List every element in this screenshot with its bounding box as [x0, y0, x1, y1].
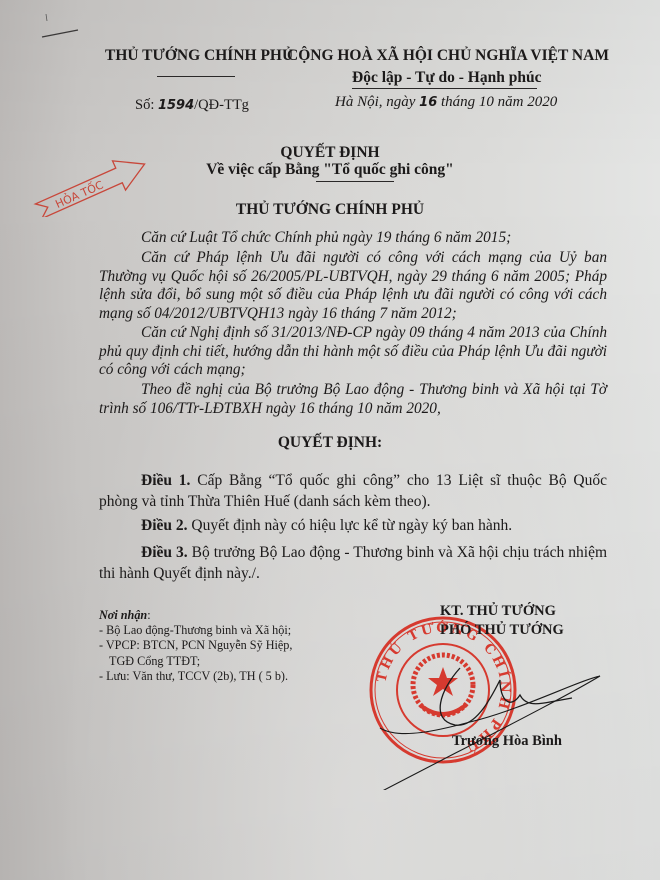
- place-date: Hà Nội, ngày 16 tháng 10 năm 2020: [335, 94, 557, 111]
- authority-heading: THỦ TƯỚNG CHÍNH PHỦ: [0, 201, 660, 219]
- doc-title: QUYẾT ĐỊNH: [0, 144, 660, 162]
- recipient-item: - VPCP: BTCN, PCN Nguyễn Sỹ Hiệp,: [99, 638, 292, 653]
- doc-subtitle: Về việc cấp Bằng "Tổ quốc ghi công": [0, 161, 660, 179]
- signer-on-behalf: KT. THỦ TƯỚNG: [440, 603, 556, 620]
- preamble-text: Căn cứ Pháp lệnh Ưu đãi người có công vớ…: [99, 249, 607, 322]
- article-3: Điều 3. Bộ trưởng Bộ Lao động - Thương b…: [99, 543, 607, 584]
- article-text: Quyết định này có hiệu lực kể từ ngày ký…: [188, 517, 513, 534]
- handwritten-signature: [360, 640, 620, 790]
- recipients-title: Nơi nhận: [99, 608, 147, 622]
- preamble-3: Căn cứ Nghị định số 31/2013/NĐ-CP ngày 0…: [99, 324, 607, 380]
- preamble-text: Căn cứ Nghị định số 31/2013/NĐ-CP ngày 0…: [99, 324, 607, 378]
- article-label: Điều 2.: [99, 517, 188, 534]
- recipient-item: - Bộ Lao động-Thương binh và Xã hội;: [99, 623, 292, 638]
- article-1: Điều 1. Cấp Bằng “Tổ quốc ghi công” cho …: [99, 471, 607, 512]
- preamble-text: Theo đề nghị của Bộ trưởng Bộ Lao động -…: [99, 381, 607, 417]
- motto-underline: [352, 88, 537, 89]
- number-suffix: /QĐ-TTg: [194, 97, 249, 113]
- preamble-1: Căn cứ Luật Tổ chức Chính phủ ngày 19 th…: [99, 229, 607, 248]
- signer-name: Trương Hòa Bình: [452, 733, 562, 750]
- article-label: Điều 1.: [99, 472, 190, 489]
- place-prefix: Hà Nội, ngày: [335, 94, 419, 110]
- preamble-4: Theo đề nghị của Bộ trưởng Bộ Lao động -…: [99, 381, 607, 418]
- article-label: Điều 3.: [99, 544, 188, 561]
- article-2: Điều 2. Quyết định này có hiệu lực kể từ…: [99, 516, 607, 537]
- pen-marks: [30, 10, 90, 40]
- issuer-underline: [157, 76, 235, 77]
- preamble-text: Căn cứ Luật Tổ chức Chính phủ ngày 19 th…: [99, 229, 511, 246]
- national-motto: Độc lập - Tự do - Hạnh phúc: [352, 69, 541, 87]
- recipient-item: TGĐ Cổng TTĐT;: [99, 654, 292, 669]
- document-number: Số: 1594/QĐ-TTg: [135, 97, 249, 114]
- preamble-2: Căn cứ Pháp lệnh Ưu đãi người có công vớ…: [99, 249, 607, 323]
- decides-heading: QUYẾT ĐỊNH:: [0, 434, 660, 452]
- nation-header: CỘNG HOÀ XÃ HỘI CHỦ NGHĨA VIỆT NAM: [287, 47, 609, 65]
- number-value: 1594: [158, 98, 194, 113]
- number-prefix: Số:: [135, 97, 158, 113]
- recipients-block: Nơi nhận: - Bộ Lao động-Thương binh và X…: [99, 608, 292, 684]
- place-suffix: tháng 10 năm 2020: [437, 94, 557, 110]
- issuer-header: THỦ TƯỚNG CHÍNH PHỦ: [105, 47, 293, 65]
- signer-title: PHÓ THỦ TƯỚNG: [440, 622, 564, 639]
- date-day: 16: [419, 95, 437, 110]
- subtitle-underline: [316, 181, 394, 182]
- recipient-item: - Lưu: Văn thư, TCCV (2b), TH ( 5 b).: [99, 669, 292, 684]
